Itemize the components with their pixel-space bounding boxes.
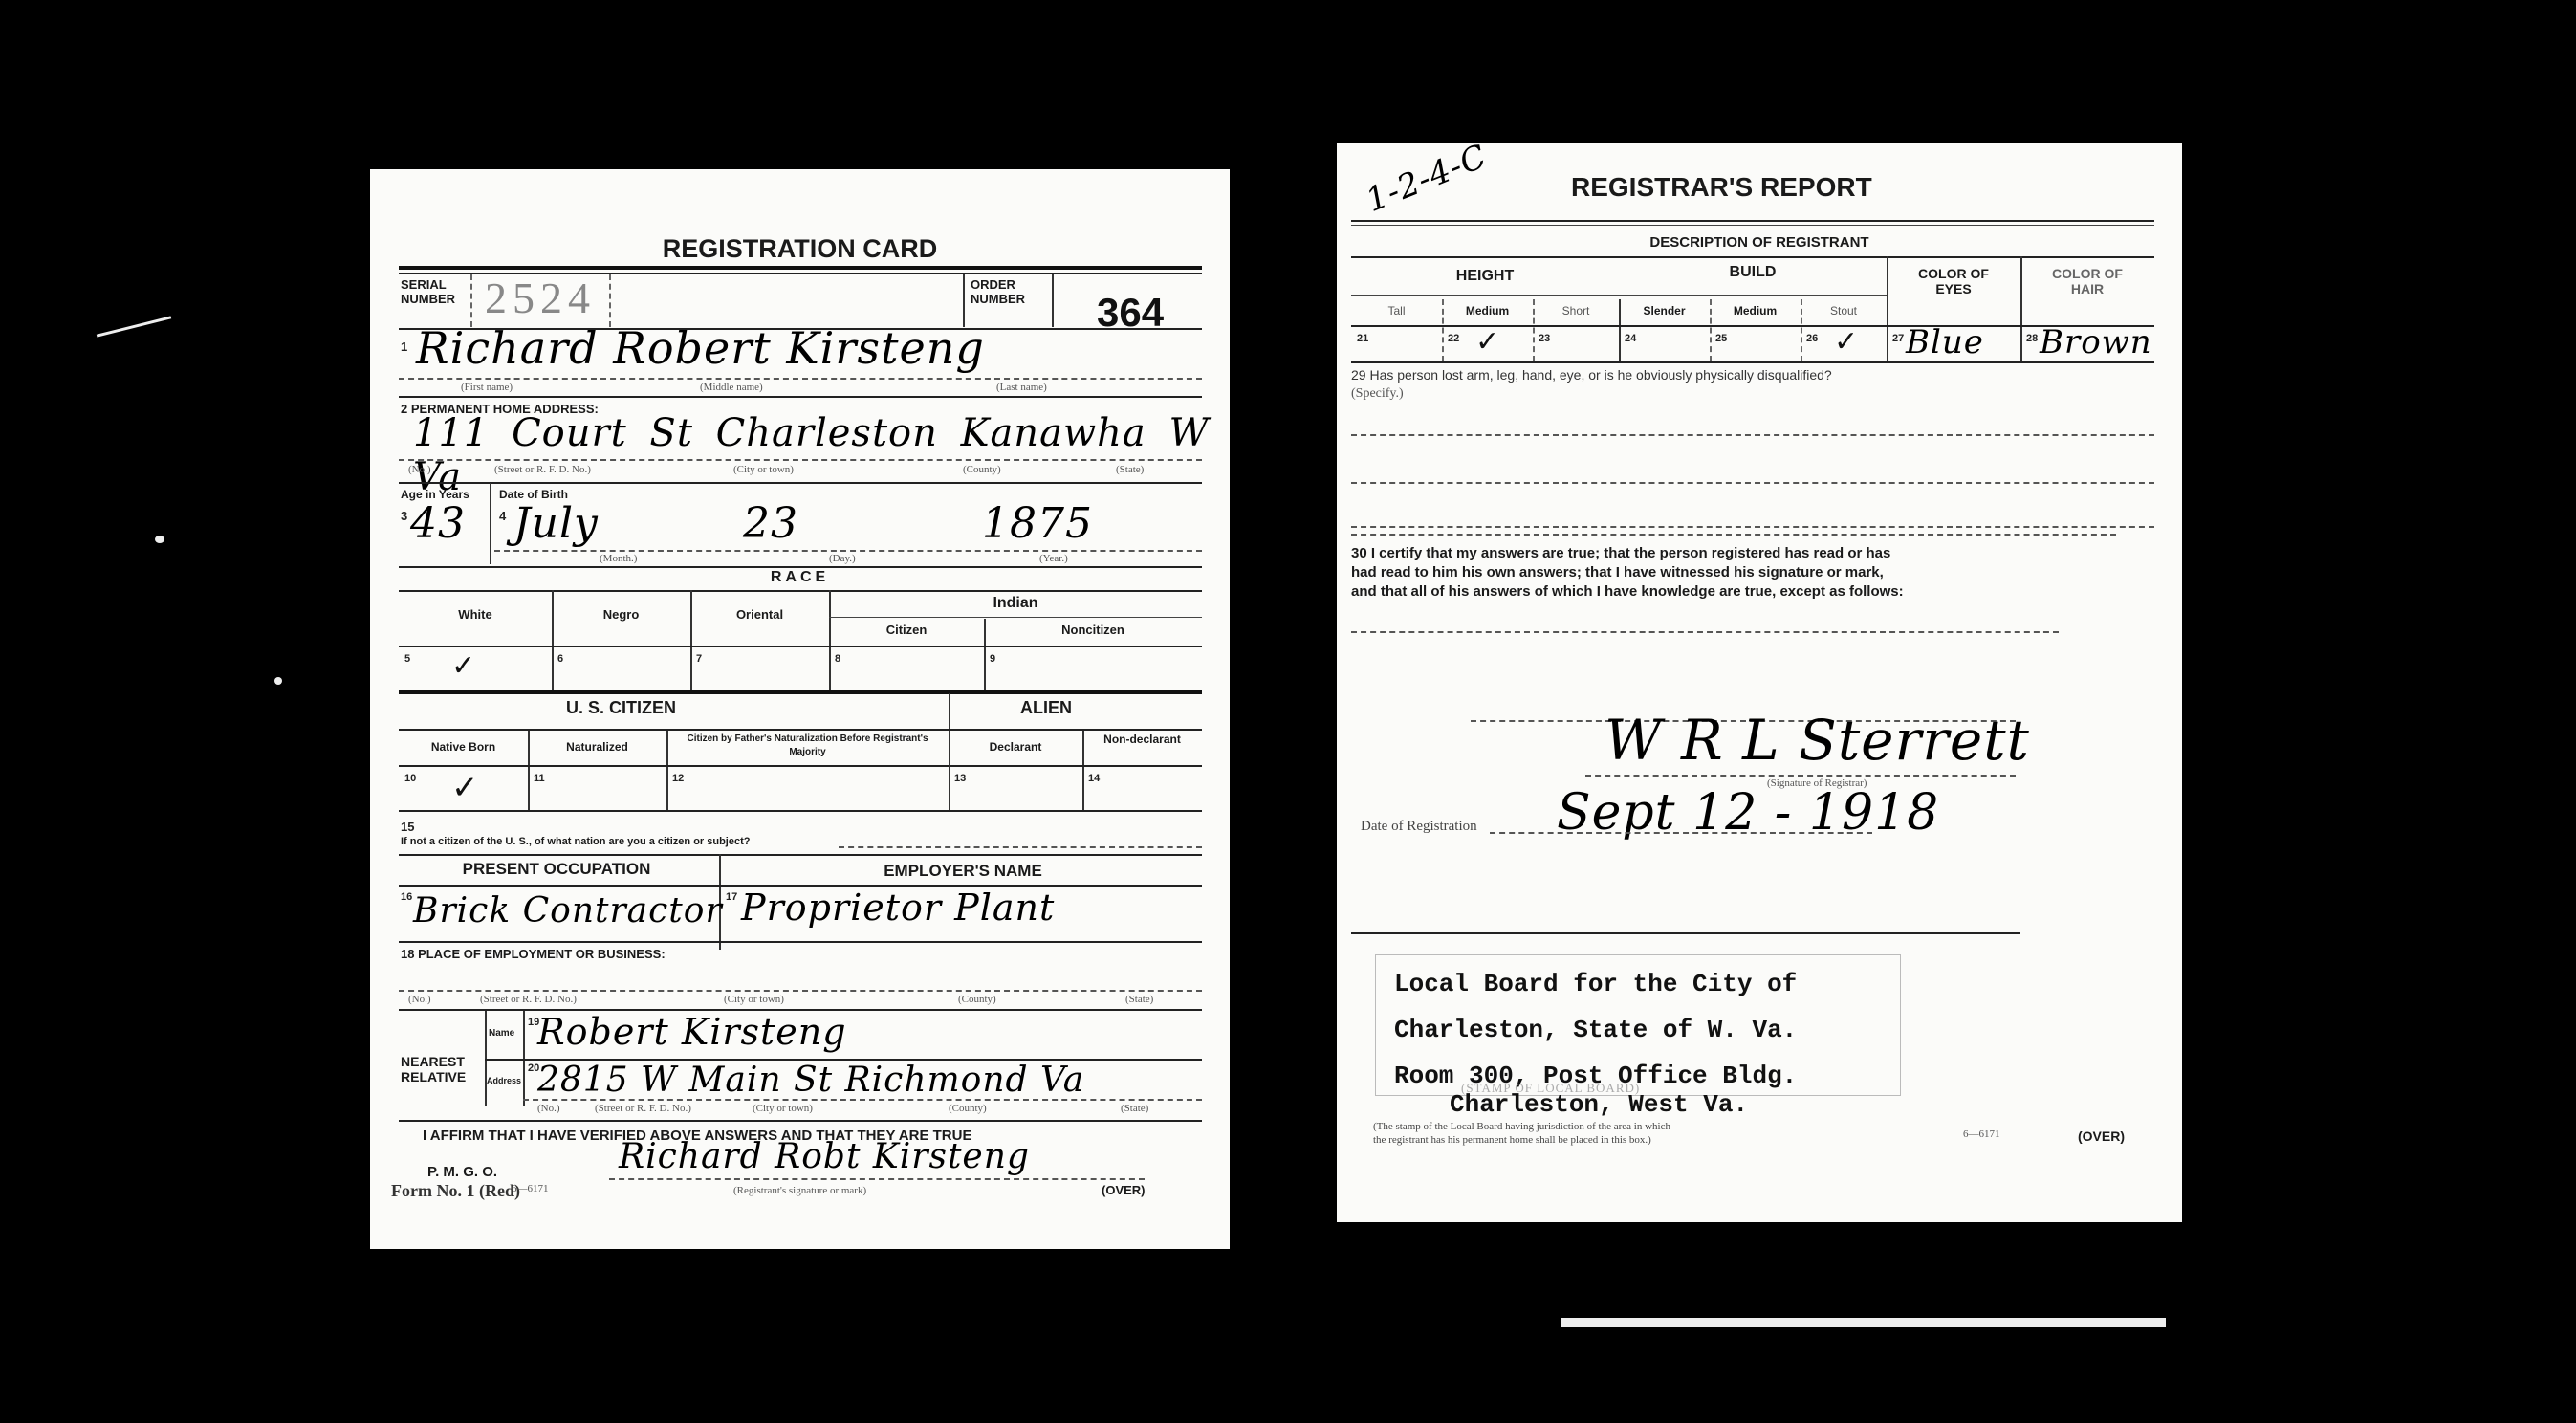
scan-strip <box>1561 1318 2166 1327</box>
citizenship-column-header: Native Born <box>399 740 528 754</box>
scan-artifact <box>155 536 164 543</box>
question-number: 13 <box>954 773 966 784</box>
sublabel: (State) <box>1116 464 1144 475</box>
checkmark: ✓ <box>1475 325 1499 359</box>
race-header: RACE <box>370 569 1230 586</box>
question-number: 21 <box>1357 333 1368 344</box>
age-value: 43 <box>410 499 466 548</box>
dob-day: 23 <box>743 499 798 548</box>
citizenship-table: Native Born10✓Naturalized11Citizen by Fa… <box>399 729 1202 810</box>
race-column-header: Citizen <box>829 623 984 637</box>
last-name-sublabel: (Last name) <box>996 382 1047 393</box>
home-address: 111 Court St Charleston Kanawha W Va <box>413 411 1230 499</box>
race-column-header: Negro <box>552 607 690 622</box>
question-number: 28 <box>2026 333 2038 344</box>
local-board-stamp: Local Board for the City of Charleston, … <box>1394 961 1797 1099</box>
certify-text: and that all of his answers of which I h… <box>1351 583 1904 600</box>
occupation-header: PRESENT OCCUPATION <box>399 860 714 879</box>
print-code: 6—6171 <box>1963 1128 2000 1140</box>
question-number: 14 <box>1088 773 1100 784</box>
citizenship-column-header: Naturalized <box>528 740 666 754</box>
scan-artifact <box>274 677 282 685</box>
checkmark: ✓ <box>451 649 475 683</box>
question-number: 7 <box>696 653 702 665</box>
specify-label: (Specify.) <box>1351 386 1404 402</box>
alien-header: ALIEN <box>1020 698 1072 718</box>
occupation-value: Brick Contractor <box>413 891 723 930</box>
pmgo-label: P. M. G. O. <box>427 1164 497 1180</box>
table-divider <box>552 590 554 690</box>
question-number: 1 <box>401 339 407 354</box>
employer-value: Proprietor Plant <box>741 887 1055 929</box>
over-label: (OVER) <box>1102 1183 1146 1197</box>
question-number: 10 <box>404 773 416 784</box>
sublabel: (County) <box>963 464 1001 475</box>
question-number: 25 <box>1715 333 1727 344</box>
first-name-sublabel: (First name) <box>461 382 513 393</box>
dob-year: 1875 <box>982 499 1093 548</box>
stamp-note: (The stamp of the Local Board having jur… <box>1373 1121 1670 1132</box>
sublabel: (Year.) <box>1039 553 1068 564</box>
serial-number: 2524 <box>485 273 596 323</box>
scan-artifact <box>97 316 171 337</box>
sublabel: (County) <box>949 1103 987 1114</box>
relative-address: 2815 W Main St Richmond Va <box>537 1061 1084 1100</box>
sublabel: (No.) <box>537 1103 560 1114</box>
citizenship-column-header: Citizen by Father's Naturalization Befor… <box>666 733 949 759</box>
stamp-note: the registrant has his permanent home sh… <box>1373 1134 1651 1146</box>
height-header: HEIGHT <box>1351 268 1619 285</box>
question-number: 5 <box>404 653 410 665</box>
annotation: 1-2-4-C <box>1361 137 1493 220</box>
build-header: BUILD <box>1619 264 1887 281</box>
description-column-header: Tall <box>1351 304 1442 317</box>
relative-name-label: Name <box>489 1028 514 1039</box>
over-label: (OVER) <box>2078 1128 2125 1144</box>
checkmark: ✓ <box>1834 325 1858 359</box>
stamp-line: Local Board for the City of <box>1394 961 1797 1007</box>
serial-number-label: SERIAL NUMBER <box>401 277 468 306</box>
question-number: 17 <box>726 891 737 903</box>
place-of-employment-label: 18 PLACE OF EMPLOYMENT OR BUSINESS: <box>401 947 666 961</box>
stamp-line: Charleston, West Va. <box>1450 1090 1748 1119</box>
registrars-report-card: 1-2-4-C REGISTRAR'S REPORT DESCRIPTION O… <box>1337 143 2182 1222</box>
date-registration-label: Date of Registration <box>1361 819 1477 835</box>
certify-text: had read to him his own answers; that I … <box>1351 564 1884 580</box>
sublabel: (City or town) <box>724 994 784 1005</box>
signature-label: (Registrant's signature or mark) <box>733 1185 866 1196</box>
question-number: 12 <box>672 773 684 784</box>
citizenship-column-header: Declarant <box>949 740 1082 754</box>
table-divider <box>399 646 1202 647</box>
sublabel: (City or town) <box>753 1103 813 1114</box>
indian-header: Indian <box>829 595 1202 612</box>
registrar-signature: W R L Sterrett <box>1605 708 2030 773</box>
sublabel: (Street or R. F. D. No.) <box>595 1103 691 1114</box>
nationality-question: If not a citizen of the U. S., of what n… <box>401 836 750 847</box>
order-number-label: ORDER NUMBER <box>971 277 1037 306</box>
nearest-relative-label: NEAREST RELATIVE <box>401 1054 496 1084</box>
question-number: 4 <box>499 509 506 523</box>
sublabel: (No.) <box>408 994 431 1005</box>
table-divider <box>690 590 692 690</box>
sublabel: (State) <box>1125 994 1153 1005</box>
hair-color: Brown <box>2040 323 2152 361</box>
certify-text: 30 I certify that my answers are true; t… <box>1351 545 1890 561</box>
employer-header: EMPLOYER'S NAME <box>724 862 1202 881</box>
relative-name: Robert Kirsteng <box>537 1011 847 1053</box>
question-number: 3 <box>401 509 407 523</box>
registrant-name: Richard Robert Kirsteng <box>416 322 985 374</box>
description-column-header: Medium <box>1442 304 1533 317</box>
physical-question: 29 Has person lost arm, leg, hand, eye, … <box>1351 367 1832 383</box>
race-column-header: White <box>399 607 552 622</box>
question-number: 16 <box>401 891 412 903</box>
question-number: 6 <box>557 653 563 665</box>
stamp-line: Charleston, State of W. Va. <box>1394 1007 1797 1053</box>
question-number: 27 <box>1892 333 1904 344</box>
dob-month: July <box>513 499 599 548</box>
sublabel: (No.) <box>408 464 431 475</box>
description-subtitle: DESCRIPTION OF REGISTRANT <box>1337 234 2182 251</box>
middle-name-sublabel: (Middle name) <box>700 382 763 393</box>
race-column-header: Oriental <box>690 607 829 622</box>
eyes-header: COLOR OF EYES <box>1887 266 2020 296</box>
question-number: 26 <box>1806 333 1818 344</box>
relative-address-label: Address <box>487 1076 521 1085</box>
sublabel: (State) <box>1121 1103 1148 1114</box>
question-number: 8 <box>835 653 840 665</box>
sublabel: (Street or R. F. D. No.) <box>480 994 577 1005</box>
table-divider <box>1351 325 2154 327</box>
race-column-header: Noncitizen <box>984 623 1202 637</box>
question-number: 15 <box>401 820 414 834</box>
sublabel: (Month.) <box>600 553 637 564</box>
question-number: 11 <box>534 773 545 784</box>
sublabel: (Street or R. F. D. No.) <box>494 464 591 475</box>
report-title: REGISTRAR'S REPORT <box>1571 172 1872 203</box>
registrant-signature: Richard Robt Kirsteng <box>619 1137 1030 1176</box>
description-table: HEIGHTBUILDCOLOR OF EYESCOLOR OF HAIRTal… <box>1351 256 2154 361</box>
checkmark: ✓ <box>451 769 479 807</box>
table-divider <box>1351 295 1887 296</box>
card-title: REGISTRATION CARD <box>370 234 1230 264</box>
hair-header: COLOR OF HAIR <box>2020 266 2154 296</box>
description-column-header: Slender <box>1619 304 1710 317</box>
question-number: 23 <box>1539 333 1550 344</box>
description-column-header: Stout <box>1801 304 1887 317</box>
sublabel: (Day.) <box>829 553 856 564</box>
sublabel: (County) <box>958 994 996 1005</box>
question-number: 22 <box>1448 333 1459 344</box>
citizenship-column-header: Non-declarant <box>1082 733 1202 746</box>
form-number: Form No. 1 (Red) <box>391 1181 520 1201</box>
question-number: 9 <box>990 653 995 665</box>
question-number: 24 <box>1625 333 1636 344</box>
registration-card: REGISTRATION CARD SERIAL NUMBER 2524 ORD… <box>370 169 1230 1249</box>
description-column-header: Medium <box>1710 304 1801 317</box>
eye-color: Blue <box>1906 323 1984 361</box>
us-citizen-header: U. S. CITIZEN <box>566 698 676 718</box>
table-divider <box>399 765 1202 767</box>
print-code: 6—6171 <box>512 1183 549 1194</box>
table-divider <box>829 617 1202 618</box>
race-table: IndianWhite5✓Negro6Oriental7Citizen8Nonc… <box>399 590 1202 690</box>
sublabel: (City or town) <box>733 464 794 475</box>
description-column-header: Short <box>1533 304 1619 317</box>
